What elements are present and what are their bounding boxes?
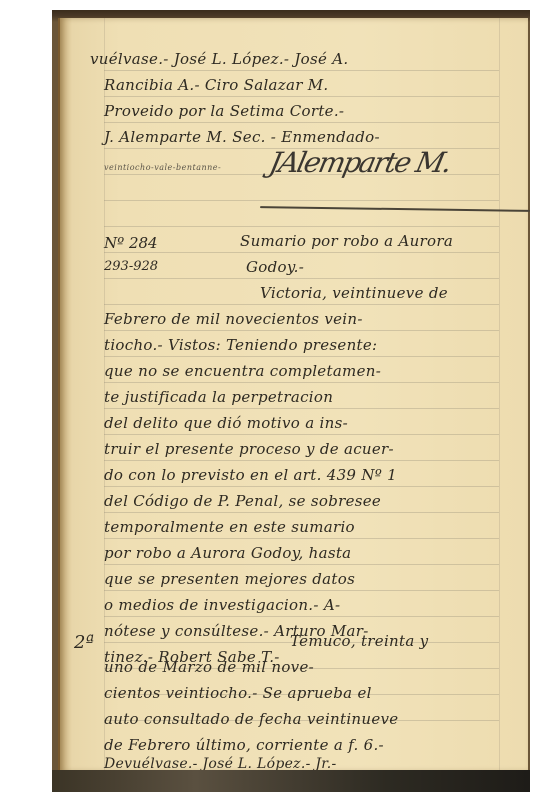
document-scan: vuélvase.- José L. López.- José A. Ranci… <box>52 10 530 792</box>
body-line: que se presenten mejores datos <box>104 570 504 588</box>
body-line: truir el presente proceso y de acuer- <box>104 440 504 458</box>
entry-marker: 2ª <box>74 632 94 653</box>
body-line: Febrero de mil novecientos vein- <box>104 310 504 328</box>
ruled-line <box>104 512 499 513</box>
body-line: do con lo previsto en el art. 439 Nº 1 <box>104 466 504 484</box>
handwritten-line: Proveido por la Setima Corte.- <box>104 102 504 120</box>
ruled-line <box>104 408 499 409</box>
ruled-line <box>104 356 499 357</box>
ruled-line <box>104 564 499 565</box>
handwritten-line: vuélvase.- José L. López.- José A. <box>90 50 490 68</box>
ruled-line <box>104 122 499 123</box>
body-line: Temuco, treinta y <box>290 632 510 650</box>
book-edge-shadow <box>52 770 530 792</box>
body-line: temporalmente en este sumario <box>104 518 504 536</box>
ruled-line <box>104 486 499 487</box>
entry-number: Nº 284 <box>104 234 158 252</box>
ruled-line <box>104 226 499 227</box>
body-line: que no se encuentra completamen- <box>104 362 504 380</box>
ruled-line <box>104 330 499 331</box>
body-line: cientos veintiocho.- Se aprueba el <box>104 684 504 702</box>
ruled-line <box>104 616 499 617</box>
body-line: del Código de P. Penal, se sobresee <box>104 492 504 510</box>
entry-title: Godoy.- <box>246 258 506 276</box>
body-line: o medios de investigacion.- A- <box>104 596 504 614</box>
ruled-line <box>104 200 499 201</box>
ledger-page: vuélvase.- José L. López.- José A. Ranci… <box>58 18 528 772</box>
ruled-line <box>104 382 499 383</box>
handwritten-line: Rancibia A.- Ciro Salazar M. <box>104 76 504 94</box>
ruled-line <box>104 304 499 305</box>
body-line: Victoria, veintinueve de <box>260 284 530 302</box>
entry-title: Sumario por robo a Aurora <box>240 232 500 250</box>
body-line: por robo a Aurora Godoy, hasta <box>104 544 504 562</box>
ruled-line <box>104 590 499 591</box>
ruled-line <box>104 70 499 71</box>
handwritten-line: J. Alemparte M. Sec. - Enmendado- <box>104 128 504 146</box>
body-line: auto consultado de fecha veintinueve <box>104 710 504 728</box>
body-line: te justificada la perpetracion <box>104 388 504 406</box>
entry-reference: 293-928 <box>104 259 158 274</box>
body-line: uno de Marzo de mil nove- <box>104 658 504 676</box>
signature: JAlemparte M. <box>266 146 453 179</box>
separator-stroke <box>260 206 530 212</box>
ruled-line <box>104 252 499 253</box>
body-line: del delito que dió motivo a ins- <box>104 414 504 432</box>
ruled-line <box>104 278 499 279</box>
ruled-line <box>104 434 499 435</box>
ruled-line <box>104 96 499 97</box>
ruled-line <box>104 460 499 461</box>
ruled-line <box>104 538 499 539</box>
body-line: de Febrero último, corriente a f. 6.- <box>104 736 504 754</box>
body-line: tiocho.- Vistos: Teniendo presente: <box>104 336 504 354</box>
